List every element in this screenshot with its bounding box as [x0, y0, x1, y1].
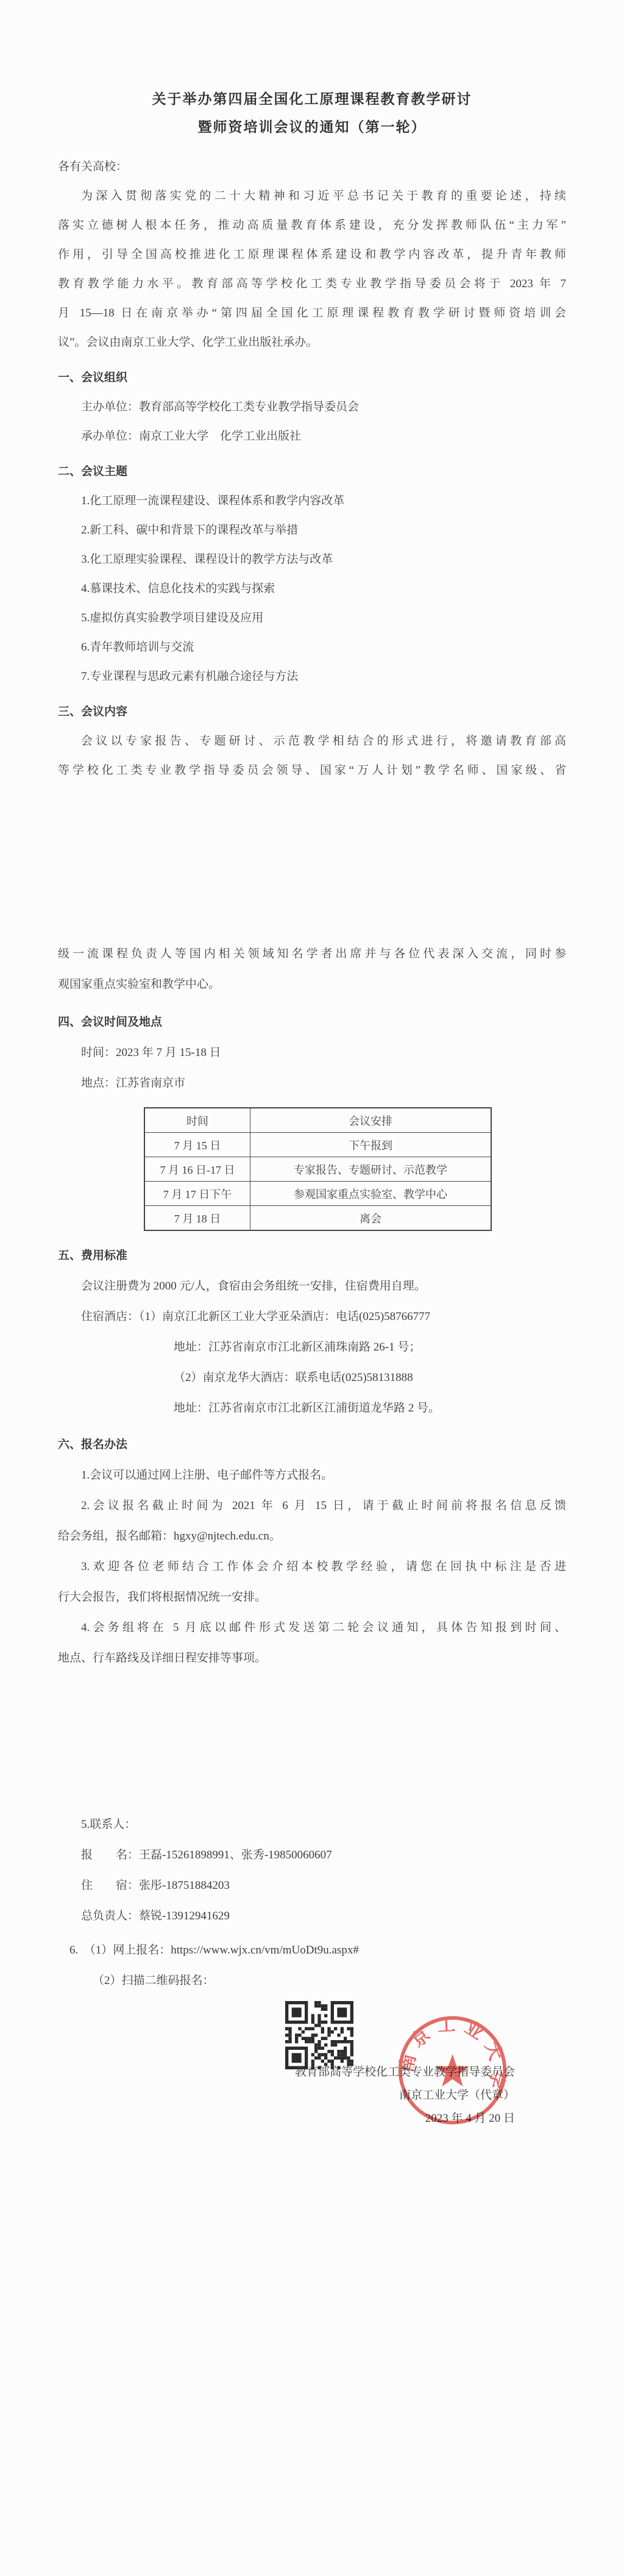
text-line: 会议注册费为 2000 元/人，食宿由会务组统一安排，住宿费用自理。 [58, 1271, 566, 1302]
table-cell: 7 月 16 日-17 日 [144, 1157, 250, 1182]
table-row: 7 月 17 日下午参观国家重点实验室、教学中心 [144, 1182, 491, 1206]
signature-date: 2023 年 4 月 20 日 [295, 2107, 515, 2130]
text-line: 落实立德树人根本任务，推动高质量教育体系建设，充分发挥教师队伍“主力军” [58, 211, 566, 240]
fee-lines: 会议注册费为 2000 元/人，食宿由会务组统一安排，住宿费用自理。住宿酒店：（… [58, 1271, 566, 1424]
section-heading-fee: 五、费用标准 [58, 1241, 566, 1271]
text-line: 1.会议可以通过网上注册、电子邮件等方式报名。 [58, 1460, 566, 1491]
text-line: 议”。会议由南京工业大学、化学工业出版社承办。 [58, 328, 566, 357]
text-line: 级一流课程负责人等国内相关领域知名学者出席并与各位代表深入交流，同时参 [58, 939, 566, 969]
text-line: （2）扫描二维码报名： [58, 1966, 566, 1996]
table-header-cell: 会议安排 [250, 1108, 492, 1133]
table-cell: 参观国家重点实验室、教学中心 [250, 1182, 492, 1206]
section-heading-content: 三、会议内容 [58, 698, 566, 727]
table-cell: 下午报到 [250, 1133, 492, 1157]
text-line: 地点：江苏省南京市 [58, 1068, 566, 1099]
text-line: 会议以专家报告、专题研讨、示范教学相结合的形式进行，将邀请教育部高 [58, 727, 566, 756]
text-line: 地址：江苏省南京市江北新区江浦街道龙华路 2 号。 [58, 1393, 566, 1424]
text-line: 报 名：王磊-15261898991、张秀-19850060607 [58, 1840, 566, 1871]
table-cell: 专家报告、专题研讨、示范教学 [250, 1157, 492, 1182]
text-line: 教育教学能力水平。教育部高等学校化工类专业教学指导委员会将于 2023 年 7 [58, 269, 566, 299]
text-line: 为深入贯彻落实党的二十大精神和习近平总书记关于教育的重要论述，持续 [58, 182, 566, 211]
text-line: 2.新工科、碳中和背景下的课程改革与举措 [58, 516, 566, 545]
signature-block: 教育部高等学校化工类专业教学指导委员会 南京工业大学（代章） 2023 年 4 … [295, 2061, 515, 2130]
text-line: 主办单位：教育部高等学校化工类专业教学指导委员会 [58, 393, 566, 422]
salutation: 各有关高校： [58, 152, 566, 182]
text-line: 等学校化工类专业教学指导委员会领导、国家“万人计划”教学名师、国家级、省 [58, 756, 566, 785]
text-line: 6. （1）网上报名：https://www.wjx.cn/vm/mUoDt9u… [58, 1935, 566, 1966]
qr-code [285, 2001, 353, 2069]
page-3-content: 5.联系人： 报 名：王磊-15261898991、张秀-19850060607… [58, 1810, 566, 1996]
text-line: 3.化工原理实验课程、课程设计的教学方法与改革 [58, 545, 566, 574]
text-line: 行大会报告，我们将根据情况统一安排。 [58, 1582, 566, 1613]
text-line: 承办单位：南京工业大学 化学工业出版社 [58, 422, 566, 451]
table-header-cell: 时间 [144, 1108, 250, 1133]
contacts-heading: 5.联系人： [58, 1810, 566, 1840]
text-line: 4.慕课技术、信息化技术的实践与探索 [58, 574, 566, 604]
text-line: 时间：2023 年 7 月 15-18 日 [58, 1038, 566, 1068]
text-line: 1.化工原理一流课程建设、课程体系和教学内容改革 [58, 487, 566, 516]
table-row: 7 月 16 日-17 日专家报告、专题研讨、示范教学 [144, 1157, 491, 1182]
signature-issuer: 教育部高等学校化工类专业教学指导委员会 [295, 2061, 515, 2084]
text-line: 5.虚拟仿真实验教学项目建设及应用 [58, 604, 566, 633]
section-heading-schedule: 四、会议时间及地点 [58, 1007, 566, 1038]
section-heading-signup: 六、报名办法 [58, 1430, 566, 1460]
table-cell: 离会 [250, 1206, 492, 1231]
signup-lines: 1.会议可以通过网上注册、电子邮件等方式报名。2.会议报名截止时间为 2021 … [58, 1460, 566, 1674]
text-line: 给会务组，报名邮箱：hgxy@njtech.edu.cn。 [58, 1521, 566, 1552]
page-2-content: 级一流课程负责人等国内相关领域知名学者出席并与各位代表深入交流，同时参观国家重点… [58, 939, 566, 1674]
table-cell: 7 月 18 日 [144, 1206, 250, 1231]
contact-lines: 报 名：王磊-15261898991、张秀-19850060607住 宿：张彤-… [58, 1840, 566, 1932]
theme-list: 1.化工原理一流课程建设、课程体系和教学内容改革2.新工科、碳中和背景下的课程改… [58, 487, 566, 691]
table-cell: 7 月 17 日下午 [144, 1182, 250, 1206]
content-paragraph-page1: 会议以专家报告、专题研讨、示范教学相结合的形式进行，将邀请教育部高等学校化工类专… [58, 727, 566, 785]
text-line: 4.会务组将在 5 月底以邮件形式发送第二轮会议通知，具体告知报到时间、 [58, 1613, 566, 1643]
text-line: 住宿酒店：（1）南京江北新区工业大学亚朵酒店：电话(025)58766777 [58, 1302, 566, 1332]
document-page: 关于举办第四届全国化工原理课程教育教学研讨 暨师资培训会议的通知（第一轮） 各有… [0, 0, 624, 2576]
schedule-lines: 时间：2023 年 7 月 15-18 日地点：江苏省南京市 [58, 1038, 566, 1099]
content-paragraph-page2: 级一流课程负责人等国内相关领域知名学者出席并与各位代表深入交流，同时参观国家重点… [58, 939, 566, 1000]
text-line: （2）南京龙华大酒店：联系电话(025)58131888 [58, 1363, 566, 1393]
text-line: 月 15—18 日在南京举办“第四届全国化工原理课程教育教学研讨暨师资培训会 [58, 299, 566, 328]
text-line: 7.专业课程与思政元素有机融合途径与方法 [58, 662, 566, 691]
text-line: 6.青年教师培训与交流 [58, 633, 566, 662]
section-heading-organization: 一、会议组织 [58, 363, 566, 393]
text-line: 总负责人：蔡锐-13912941629 [58, 1901, 566, 1932]
text-line: 3.欢迎各位老师结合工作体会介绍本校教学经验，请您在回执中标注是否进 [58, 1552, 566, 1582]
page-1-content: 关于举办第四届全国化工原理课程教育教学研讨 暨师资培训会议的通知（第一轮） 各有… [58, 85, 566, 785]
table-row: 7 月 15 日下午报到 [144, 1133, 491, 1157]
text-line: 2.会议报名截止时间为 2021 年 6 月 15 日，请于截止时间前将报名信息… [58, 1491, 566, 1521]
signature-coissuer: 南京工业大学（代章） [295, 2084, 515, 2107]
table-row: 7 月 18 日离会 [144, 1206, 491, 1231]
document-title-line-1: 关于举办第四届全国化工原理课程教育教学研讨 [58, 85, 566, 113]
online-signup-lines: 6. （1）网上报名：https://www.wjx.cn/vm/mUoDt9u… [58, 1935, 566, 1996]
text-line: 观国家重点实验室和教学中心。 [58, 969, 566, 1000]
organization-lines: 主办单位：教育部高等学校化工类专业教学指导委员会承办单位：南京工业大学 化学工业… [58, 393, 566, 451]
text-line: 地点、行车路线及详细日程安排等事项。 [58, 1643, 566, 1674]
schedule-table: 时间会议安排7 月 15 日下午报到7 月 16 日-17 日专家报告、专题研讨… [144, 1107, 492, 1231]
document-title-line-2: 暨师资培训会议的通知（第一轮） [58, 113, 566, 141]
text-line: 住 宿：张彤-18751884203 [58, 1871, 566, 1901]
section-heading-themes: 二、会议主题 [58, 457, 566, 487]
intro-paragraph: 为深入贯彻落实党的二十大精神和习近平总书记关于教育的重要论述，持续落实立德树人根… [58, 182, 566, 357]
text-line: 地址：江苏省南京市江北新区浦珠南路 26-1 号； [58, 1332, 566, 1363]
text-line: 作用，引导全国高校推进化工原理课程体系建设和教学内容改革，提升青年教师 [58, 240, 566, 269]
table-cell: 7 月 15 日 [144, 1133, 250, 1157]
